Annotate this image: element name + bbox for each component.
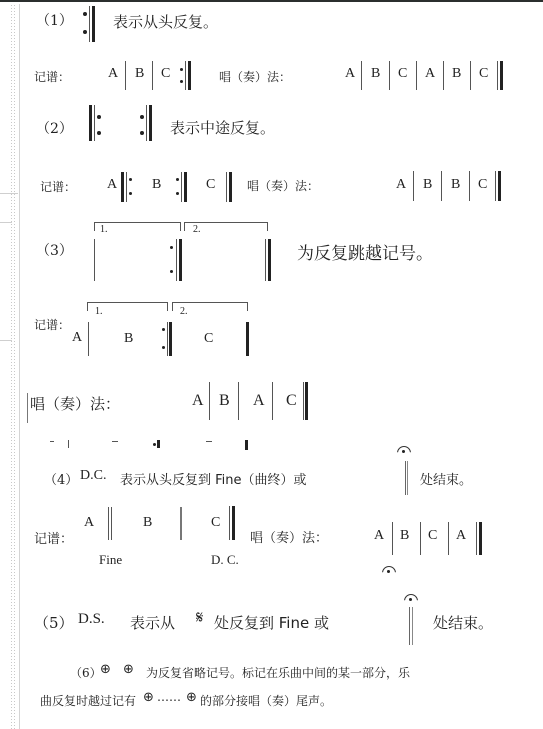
section-letter: B: [371, 66, 380, 82]
ellipsis: ……: [157, 690, 181, 704]
performance-label: 唱（奏）法：: [250, 527, 328, 546]
section-letter: C: [286, 392, 297, 410]
section-number: （6）: [70, 664, 102, 681]
section-number: （5）: [34, 612, 74, 633]
section-number: （4）: [44, 469, 78, 488]
section-description: 表示从头反复到 Fine（曲终）或: [120, 469, 307, 488]
notation-label: 记谱：: [34, 528, 73, 547]
page-margin-pattern: [10, 4, 16, 729]
margin-tick: [0, 222, 12, 223]
fermata-icon: [382, 566, 396, 575]
first-ending-label: 1.: [100, 224, 108, 235]
margin-tick: [0, 340, 12, 341]
section-description-line1: 为反复省略记号。标记在乐曲中间的某一部分，乐: [146, 664, 410, 681]
section-letter: B: [135, 66, 144, 82]
performance-label: 唱（奏）法：: [30, 393, 120, 414]
segno-icon: 𝄋: [196, 608, 203, 628]
section-letter: A: [108, 66, 118, 82]
section-letter: B: [451, 177, 460, 193]
section-letter: C: [398, 66, 407, 82]
section-letter: C: [479, 66, 488, 82]
section-letter: A: [374, 528, 384, 544]
section-letter: A: [107, 177, 117, 193]
section-letter: C: [204, 331, 213, 347]
notation-label: 记谱：: [40, 178, 76, 195]
performance-label: 唱（奏）法：: [247, 177, 319, 194]
section-letter: B: [452, 66, 461, 82]
top-border: [0, 0, 543, 2]
section-description-end: 处结束。: [433, 612, 493, 633]
section-letter: A: [345, 66, 355, 82]
section-number: （2）: [36, 118, 73, 138]
section-description-end: 处结束。: [420, 469, 472, 488]
section-letter: A: [456, 528, 466, 544]
section-letter: A: [84, 515, 94, 531]
section-letter: C: [206, 177, 215, 193]
coda-icon: ⊕: [186, 690, 197, 705]
first-ending-label: 1.: [95, 306, 103, 317]
margin-stroke: [27, 393, 28, 423]
coda-icon: ⊕: [100, 662, 111, 677]
section-number: （1）: [36, 10, 73, 30]
section-letter: B: [423, 177, 432, 193]
section-description-line2-end: 的部分接唱（奏）尾声。: [200, 692, 332, 709]
section-letter: A: [192, 392, 204, 410]
section-letter: B: [143, 515, 152, 531]
section-letter: A: [253, 392, 265, 410]
fine-label: Fine: [99, 552, 122, 568]
second-ending-label: 2.: [180, 306, 188, 317]
fermata-icon: [404, 594, 418, 603]
section-letter: C: [211, 515, 220, 531]
margin-tick: [0, 193, 18, 194]
section-letter: C: [428, 528, 437, 544]
section-letter: B: [124, 331, 133, 347]
section-description: 表示从: [130, 612, 175, 633]
section-description-line2-start: 曲反复时越过记有: [40, 692, 136, 709]
section-letter: A: [72, 330, 82, 346]
section-description-mid: 处反复到 Fine 或: [214, 612, 329, 633]
coda-icon: ⊕: [123, 662, 134, 677]
section-description: 为反复跳越记号。: [297, 239, 433, 264]
section-letter: B: [400, 528, 409, 544]
performance-label: 唱（奏）法：: [219, 68, 291, 85]
second-ending-label: 2.: [193, 224, 201, 235]
dc-label: D. C.: [211, 552, 239, 568]
ds-abbreviation: D.S.: [78, 611, 105, 628]
coda-icon: ⊕: [143, 690, 154, 705]
notation-label: 记谱：: [34, 316, 70, 333]
section-description: 表示从头反复。: [113, 11, 218, 32]
section-description: 表示中途反复。: [170, 117, 275, 138]
notation-label: 记谱：: [34, 68, 70, 85]
page-margin-line: [19, 4, 20, 729]
section-letter: A: [396, 177, 406, 193]
section-letter: B: [152, 177, 161, 193]
fermata-icon: [397, 446, 411, 455]
section-letter: B: [219, 392, 230, 410]
section-letter: C: [161, 66, 170, 82]
section-number: （3）: [36, 240, 73, 260]
section-letter: A: [425, 66, 435, 82]
dc-abbreviation: D.C.: [80, 468, 106, 484]
section-letter: C: [478, 177, 487, 193]
